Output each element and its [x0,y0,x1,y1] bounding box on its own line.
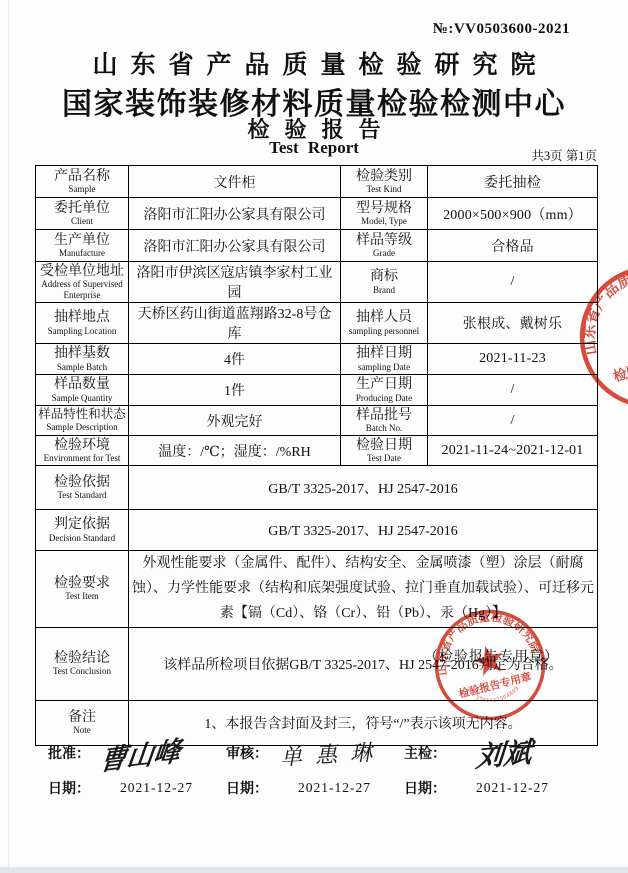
row-value: 委托抽检 [428,166,598,198]
row-label: 生产日期Producing Date [341,375,428,406]
table-row: 判定依据Decision Standard GB/T 3325-2017、HJ … [36,510,598,551]
table-row: 检验环境Environment for Test 温度：/℃；湿度：/%RH 检… [36,436,598,466]
label-en: Address of Supervised Enterprise [38,279,126,300]
row-label: 样品特性和状态Sample Description [36,406,129,436]
label-cn: 生产日期 [343,377,425,392]
label-en: Sample [38,184,126,194]
label-en: Test Kind [343,184,425,194]
row-value: / [428,406,598,436]
label-cn: 商标 [343,269,425,284]
row-value: 4件 [129,344,341,375]
row-value: 2000×500×900（mm） [428,198,598,230]
test-report-page: №:VV0503600-2021 山东省产品质量检验研究院 国家装饰装修材料质量… [0,0,628,873]
label-en: Test Conclusion [38,666,126,676]
table-row: 样品数量Sample Quantity 1件 生产日期Producing Dat… [36,375,598,406]
label-en: Test Item [38,591,126,601]
row-label: 抽样地点Sampling Location [36,303,129,344]
row-value: 天桥区药山街道蓝翔路32-8号仓库 [129,303,341,344]
label-cn: 检验类别 [343,169,425,184]
seal-title-text: 检验报告专用章 [611,340,628,385]
row-label: 检验环境Environment for Test [36,436,129,466]
chief-label: 主检： [404,743,446,763]
table-row: 检验依据Test Standard GB/T 3325-2017、HJ 2547… [36,466,598,510]
row-value: 洛阳市汇阳办公家具有限公司 [129,230,341,262]
date-label: 日期： [404,778,446,798]
row-label: 抽样日期sampling Date [341,344,428,375]
label-cn: 样品特性和状态 [38,408,126,422]
label-en: Note [38,725,126,735]
label-cn: 产品名称 [38,169,126,184]
label-cn: 受检单位地址 [38,264,126,279]
row-value: 2021-11-24~2021-12-01 [428,436,598,466]
seal-star-icon [471,642,507,677]
row-label: 委托单位Client [36,198,129,230]
review-date: 2021-12-27 [298,780,371,796]
label-cn: 样品等级 [343,233,425,248]
label-en: Test Date [343,453,425,463]
label-en: Sample Batch [38,362,126,372]
label-en: Brand [343,285,425,295]
row-label: 受检单位地址Address of Supervised Enterprise [36,262,129,303]
row-label: 样品等级Grade [341,230,428,262]
row-value: GB/T 3325-2017、HJ 2547-2016 [129,510,598,551]
row-label: 备注Note [36,700,129,745]
label-cn: 样品批号 [343,408,425,423]
label-en: Environment for Test [38,453,126,463]
row-value: 1件 [129,375,341,406]
table-row: 样品特性和状态Sample Description 外观完好 样品批号Batch… [36,406,598,436]
row-label: 生产单位Manufacture [36,230,129,262]
row-value: 2021-11-23 [428,344,598,375]
label-en: sampling personnel [343,326,425,336]
page-count-info: 共3页 第1页 [531,146,597,164]
row-label: 检验日期Test Date [341,436,428,466]
label-cn: 检验日期 [343,438,425,453]
row-label: 抽样人员sampling personnel [341,303,428,344]
label-cn: 型号规格 [343,201,425,216]
label-en: Client [38,216,126,226]
label-en: Test Standard [38,490,126,500]
org-name-line1: 山东省产品质量检验研究院 [0,45,628,81]
review-label: 审核： [226,743,268,763]
label-cn: 抽样基数 [38,346,126,361]
row-value: GB/T 3325-2017、HJ 2547-2016 [129,466,598,510]
label-cn: 检验依据 [38,475,126,490]
row-label: 型号规格Model, Type [341,198,428,230]
label-cn: 检验要求 [38,576,126,591]
row-label: 抽样基数Sample Batch [36,344,129,375]
row-label: 样品数量Sample Quantity [36,375,129,406]
label-cn: 样品数量 [38,377,126,392]
label-en: sampling Date [343,362,425,372]
label-en: Decision Standard [38,533,126,543]
table-row: 受检单位地址Address of Supervised Enterprise 洛… [36,262,598,303]
row-value: 洛阳市汇阳办公家具有限公司 [129,198,341,230]
label-en: Manufacture [38,248,126,258]
label-en: Batch No. [343,423,425,433]
row-label: 样品批号Batch No. [341,406,428,436]
row-label: 检验要求Test Item [36,551,129,628]
date-label: 日期： [48,778,90,798]
label-cn: 抽样人员 [343,310,425,325]
label-en: Producing Date [343,393,425,403]
row-label: 检验类别Test Kind [341,166,428,198]
row-value: 洛阳市伊滨区寇店镇李家村工业园 [129,262,341,303]
chief-date: 2021-12-27 [476,780,549,796]
row-value: 外观完好 [129,406,341,436]
table-row: 委托单位Client 洛阳市汇阳办公家具有限公司 型号规格Model, Type… [36,198,598,230]
seal-title-text: 检验报告专用章 [457,670,533,701]
report-number: №:VV0503600-2021 [433,21,570,38]
date-label: 日期： [226,778,268,798]
row-label: 商标Brand [341,262,428,303]
row-label: 判定依据Decision Standard [36,510,129,551]
label-en: Grade [343,248,425,258]
approve-date: 2021-12-27 [120,780,193,796]
row-label: 产品名称Sample [36,166,129,198]
approve-label: 批准： [48,743,90,763]
row-value: 文件柜 [129,166,341,198]
row-label: 检验结论Test Conclusion [36,627,129,700]
table-row: 生产单位Manufacture 洛阳市汇阳办公家具有限公司 样品等级Grade … [36,230,598,262]
table-row: 抽样地点Sampling Location 天桥区药山街道蓝翔路32-8号仓库 … [36,303,598,344]
label-cn: 抽样地点 [38,310,126,325]
table-row: 产品名称Sample 文件柜 检验类别Test Kind 委托抽检 [36,166,598,198]
row-label: 检验依据Test Standard [36,466,129,510]
label-en: Sample Description [38,422,126,432]
label-cn: 判定依据 [38,517,126,532]
label-cn: 检验环境 [38,438,126,453]
label-en: Sample Quantity [38,393,126,403]
label-cn: 备注 [38,710,126,725]
label-cn: 生产单位 [38,233,126,248]
row-value: 温度：/℃；湿度：/%RH [129,436,341,466]
label-en: Model, Type [343,216,425,226]
label-cn: 抽样日期 [343,346,425,361]
page-bottom-edge [0,867,628,873]
table-row: 抽样基数Sample Batch 4件 抽样日期sampling Date 20… [36,344,598,375]
label-en: Sampling Location [38,326,126,336]
row-value: / [428,375,598,406]
row-value: 合格品 [428,230,598,262]
label-cn: 检验结论 [38,651,126,666]
label-cn: 委托单位 [38,201,126,216]
